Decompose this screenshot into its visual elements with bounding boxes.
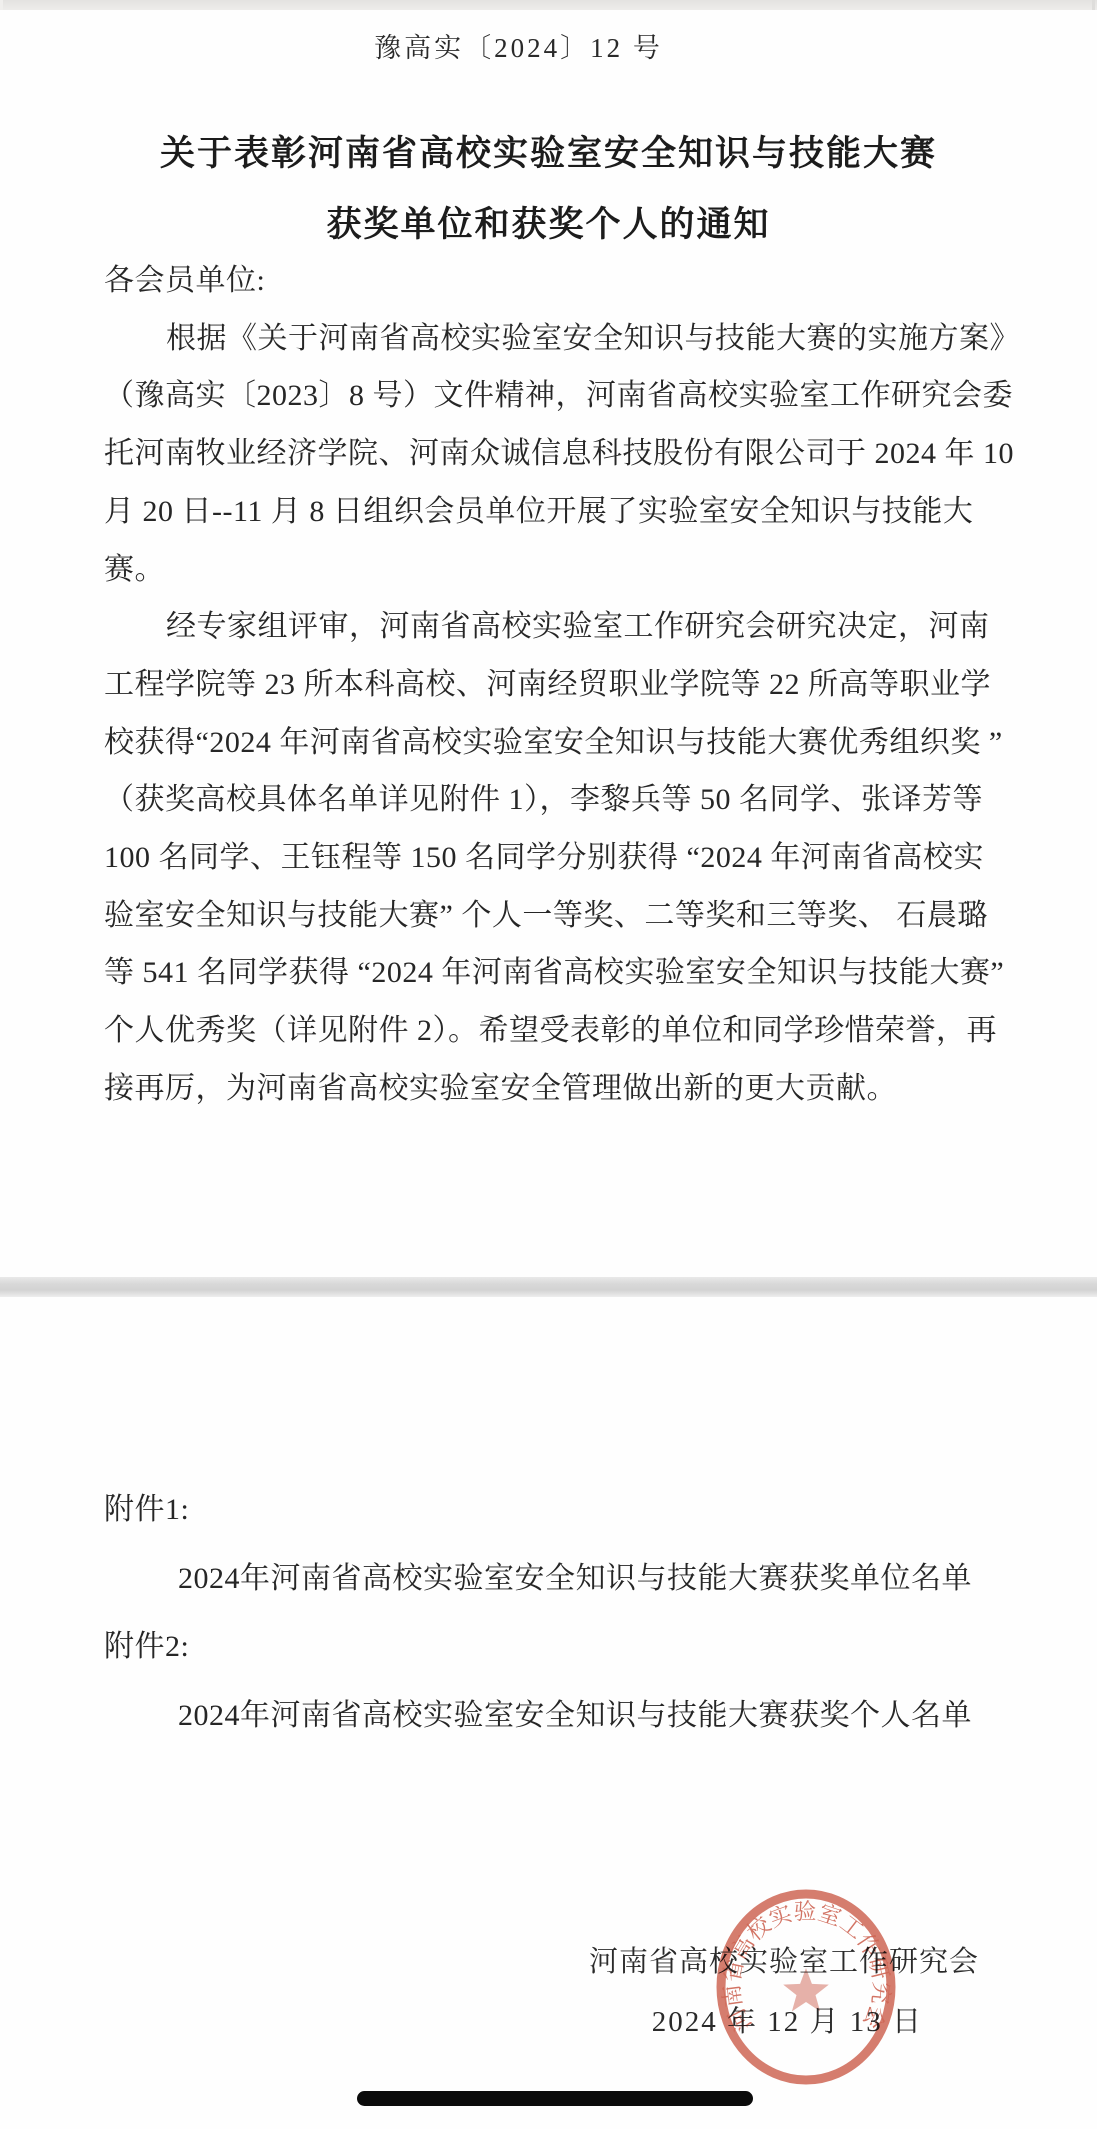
page-divider	[0, 1277, 1097, 1297]
body-line: 接再厉，为河南省高校实验室安全管理做出新的更大贡献。	[104, 1060, 1014, 1118]
body-line: 100 名同学、王钰程等 150 名同学分别获得 “2024 年河南省高校实	[104, 829, 1014, 887]
body-line: 根据《关于河南省高校实验室安全知识与技能大赛的实施方案》	[104, 310, 1014, 368]
body-line: 验室安全知识与技能大赛” 个人一等奖、二等奖和三等奖、 石晨璐	[104, 887, 1014, 945]
page-1: 豫高实〔2024〕12 号 关于表彰河南省高校实验室安全知识与技能大赛 获奖单位…	[0, 10, 1097, 1277]
attachment-label: 附件2:	[104, 1613, 1014, 1682]
doc-title: 关于表彰河南省高校实验室安全知识与技能大赛 获奖单位和获奖个人的通知	[0, 118, 1097, 260]
body-line: （豫高实〔2023〕8 号）文件精神，河南省高校实验室工作研究会委	[104, 367, 1014, 425]
home-indicator-bar[interactable]	[357, 2091, 753, 2106]
attachments: 附件1:2024年河南省高校实验室安全知识与技能大赛获奖单位名单附件2:2024…	[104, 1476, 1014, 1750]
body-line: 各会员单位:	[104, 252, 1014, 310]
doc-number: 豫高实〔2024〕12 号	[0, 26, 1067, 65]
body-line: 托河南牧业经济学院、河南众诚信息科技股份有限公司于 2024 年 10	[104, 425, 1014, 483]
seal-star	[783, 1968, 829, 2011]
body-line: 赛。	[104, 541, 1014, 599]
body-line: 工程学院等 23 所本科高校、河南经贸职业学院等 22 所高等职业学	[104, 656, 1014, 714]
doc-title-line-1: 关于表彰河南省高校实验室安全知识与技能大赛	[0, 118, 1097, 189]
body-line: 经专家组评审，河南省高校实验室工作研究会研究决定，河南	[104, 598, 1014, 656]
body-lines: 各会员单位:根据《关于河南省高校实验室安全知识与技能大赛的实施方案》（豫高实〔2…	[104, 252, 1014, 1118]
doc-title-line-2: 获奖单位和获奖个人的通知	[0, 189, 1097, 260]
attachment-label: 附件1:	[104, 1476, 1014, 1545]
body-line: 个人优秀奖（详见附件 2）。希望受表彰的单位和同学珍惜荣誉，再	[104, 1002, 1014, 1060]
attachment-title: 2024年河南省高校实验室安全知识与技能大赛获奖个人名单	[104, 1682, 1014, 1751]
body-line: （获奖高校具体名单详见附件 1），李黎兵等 50 名同学、张译芳等	[104, 771, 1014, 829]
attachment-title: 2024年河南省高校实验室安全知识与技能大赛获奖单位名单	[104, 1545, 1014, 1614]
body-line: 校获得“2024 年河南省高校实验室安全知识与技能大赛优秀组织奖 ”	[104, 714, 1014, 772]
official-seal: 河南省高校实验室工作研究会	[713, 1886, 899, 2088]
top-strip	[0, 0, 1097, 10]
body-line: 等 541 名同学获得 “2024 年河南省高校实验室安全知识与技能大赛”	[104, 944, 1014, 1002]
body-line: 月 20 日--11 月 8 日组织会员单位开展了实验室安全知识与技能大	[104, 483, 1014, 541]
